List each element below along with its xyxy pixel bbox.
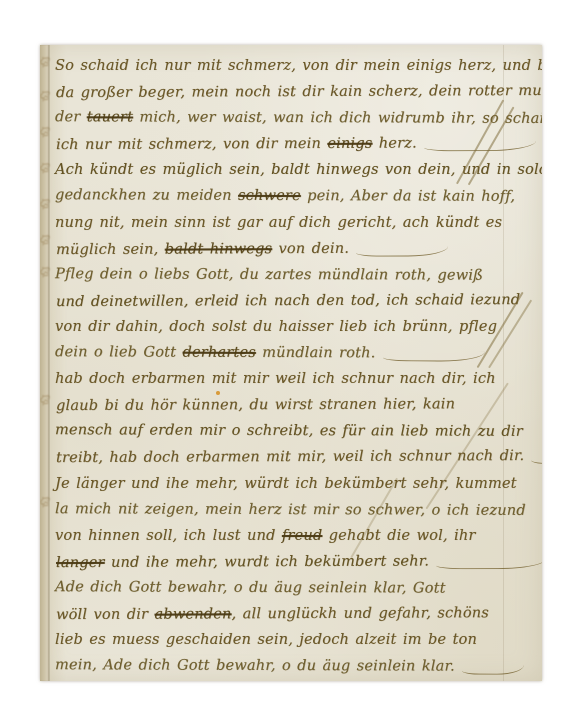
struck-word: schwere [238,188,301,204]
scan-background: So schaid ich nur mit schmerz, von dir m… [0,0,587,725]
manuscript-line: nung nit, mein sinn ist gar auf dich ger… [55,210,538,236]
struck-word: derhartes [182,345,255,361]
manuscript-line: glaub bi du hör künnen, du wirst stranen… [56,391,539,419]
manuscript-line: Ach kündt es müglich sein, baldt hinwegs… [55,157,538,183]
manuscript-line: von hinnen soll, ich lust und freud geha… [55,523,538,549]
paper-crease [49,45,50,681]
manuscript-line: hab doch erbarmen mit mir weil ich schnu… [55,366,538,392]
manuscript-line: lieb es muess geschaiden sein, jedoch al… [55,627,538,653]
manuscript-line: So schaid ich nur mit schmerz, von dir m… [55,53,538,79]
manuscript-line: wöll von dir abwenden, all unglückh und … [56,600,539,628]
manuscript-page: So schaid ich nur mit schmerz, von dir m… [40,45,542,681]
manuscript-line: und deinetwillen, erleid ich nach den to… [56,287,539,315]
flourish-dash [356,246,448,256]
paper-fleck [216,391,220,395]
manuscript-line: da großer beger, mein noch ist dir kain … [56,78,539,106]
struck-word: einigs [327,136,372,152]
manuscript-line: la mich nit zeigen, mein herz ist mir so… [55,496,538,524]
manuscript-line: Ade dich Gott bewahr, o du äug seinlein … [55,574,538,602]
manuscript-line: dein o lieb Gott derhartes mündlain roth… [55,339,538,367]
manuscript-line: mensch auf erden mir o schreibt, es für … [55,417,538,445]
manuscript-text: So schaid ich nur mit schmerz, von dir m… [55,53,538,679]
struck-word: abwenden [154,606,231,622]
flourish-dash [462,665,524,675]
manuscript-line: der tauert mich, wer waist, wan ich dich… [55,104,538,132]
flourish-dash [436,559,542,569]
manuscript-line: Pfleg dein o liebs Gott, du zartes mündl… [55,261,538,289]
manuscript-line: gedanckhen zu meiden schwere pein, Aber … [55,183,538,211]
flourish-dash [531,454,542,464]
flourish-dash [382,351,484,361]
struck-word: baldt hinwegs [165,241,272,257]
manuscript-line: Je länger und ihe mehr, würdt ich bekümb… [55,471,538,497]
manuscript-line: mein, Ade dich Gott bewahr, o du äug sei… [55,652,538,680]
flourish-dash [424,141,536,151]
manuscript-line: müglich sein, baldt hinwegs von dein. [56,235,539,263]
struck-word: freud [282,528,323,544]
manuscript-line: langer und ihe mehr, wurdt ich bekümbert… [56,548,539,576]
binding-edge [40,45,49,681]
manuscript-line: ich nur mit schmerz, von dir mein einigs… [56,130,539,158]
struck-word: langer [56,555,105,571]
manuscript-line: von dir dahin, doch solst du haisser lie… [55,314,538,340]
struck-word: tauert [87,109,133,125]
manuscript-line: treibt, hab doch erbarmen mit mir, weil … [56,443,539,471]
